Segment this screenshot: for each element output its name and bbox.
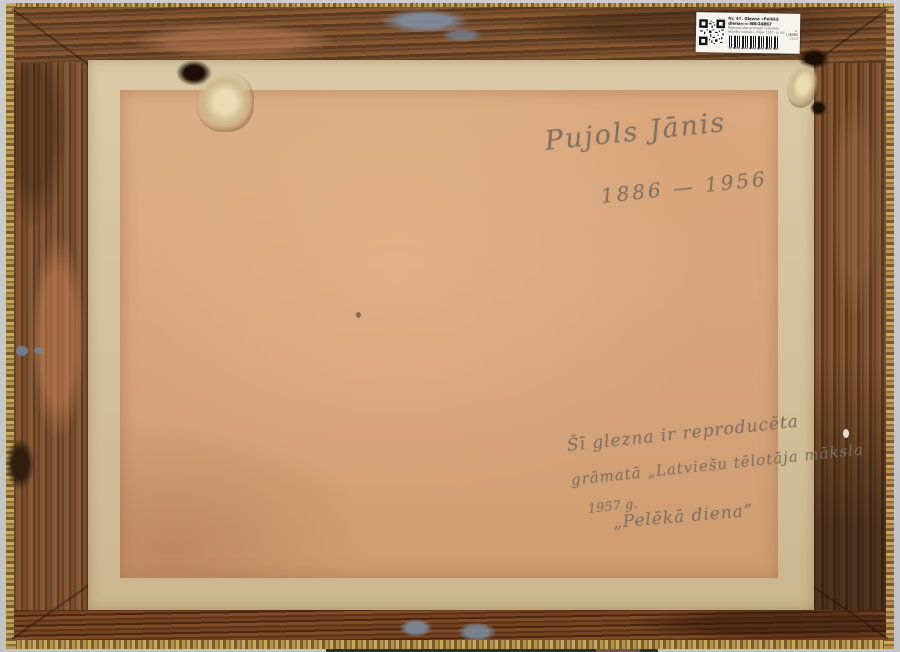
blue-paint-dot-left-2 [34,347,43,354]
barcode [729,36,779,50]
inventory-label: Nr. 47. Glezna «Pelēkā diena» — NR 24857… [696,12,801,54]
kraft-backing-paper [120,90,778,578]
frame-wood-bottom [14,610,886,640]
torn-hole-right-edge [810,100,827,116]
wood-knot-bottom-left [2,432,38,496]
speck-on-backing-paper [356,312,361,318]
qr-code-icon [699,19,725,45]
label-right-line3: 2019 [782,37,798,41]
photo-back-of-framed-painting: Pujols Jānis 1886 — 1956 Šī glezna ir re… [0,0,900,652]
white-speck-right-bar [843,429,849,438]
frame-wood-left [14,7,88,640]
label-line3: Reproducēta grāmatā «Latviešu tēlotāja m… [728,26,786,35]
crumpled-tape-top-left [196,72,254,132]
blue-paint-dot-left-1 [16,346,28,356]
